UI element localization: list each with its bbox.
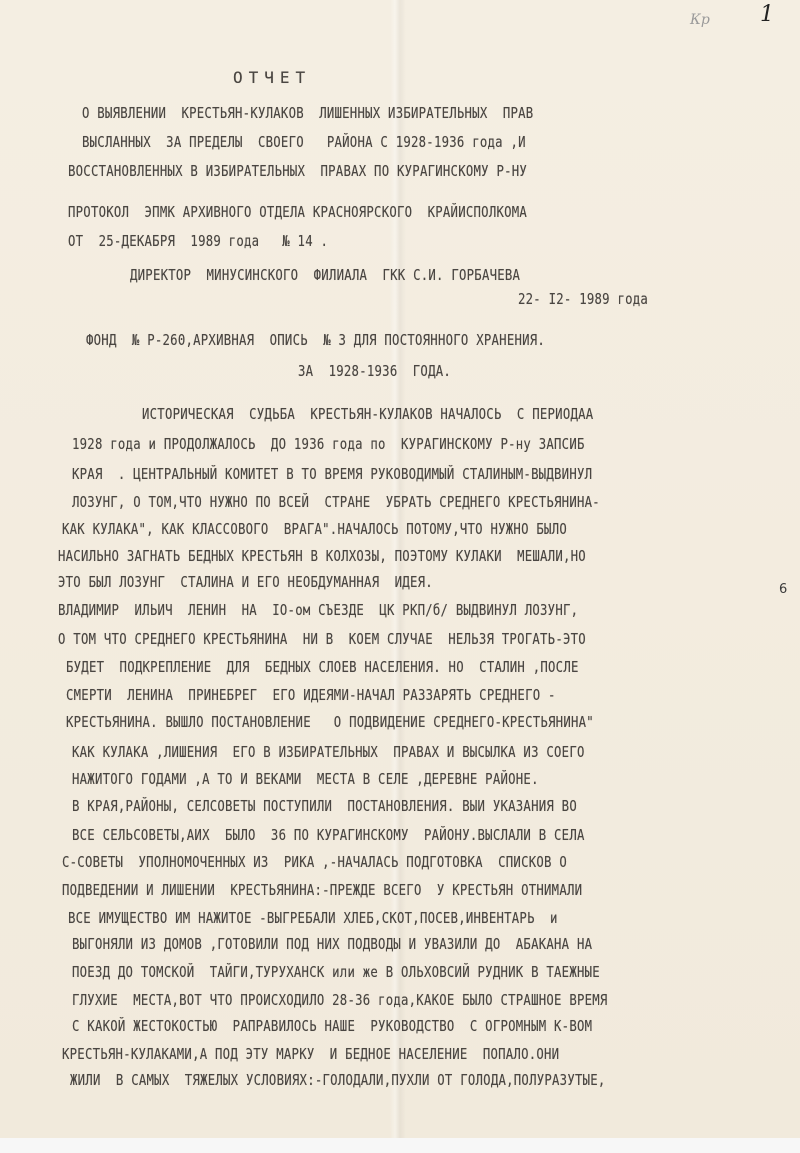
margin-mark: 6 <box>779 582 787 597</box>
body-line: В КРАЯ,РАЙОНЫ, СЕЛСОВЕТЫ ПОСТУПИЛИ ПОСТА… <box>72 797 577 815</box>
director-date: 22- I2- 1989 года <box>518 290 648 308</box>
body-line: О ТОМ ЧТО СРЕДНЕГО КРЕСТЬЯНИНА НИ В КОЕМ… <box>58 630 586 648</box>
body-line: ГЛУХИЕ МЕСТА,ВОТ ЧТО ПРОИСХОДИЛО 28-36 г… <box>72 991 608 1009</box>
body-line: 1928 года и ПРОДОЛЖАЛОСЬ ДО 1936 года по… <box>72 435 585 453</box>
document-title: ОТЧЕТ <box>233 68 311 87</box>
body-line: КАК КУЛАКА", КАК КЛАССОВОГО ВРАГА".НАЧАЛ… <box>62 520 567 538</box>
body-line: КРАЯ . ЦЕНТРАЛЬНЫЙ КОМИТЕТ В ТО ВРЕМЯ РУ… <box>72 465 592 483</box>
body-line: СМЕРТИ ЛЕНИНА ПРИНЕБРЕГ ЕГО ИДЕЯМИ-НАЧАЛ… <box>66 686 556 704</box>
body-line: НАЖИТОГО ГОДАМИ ,А ТО И ВЕКАМИ МЕСТА В С… <box>72 770 539 788</box>
body-line: БУДЕТ ПОДКРЕПЛЕНИЕ ДЛЯ БЕДНЫХ СЛОЕВ НАСЕ… <box>66 658 579 676</box>
subtitle-line: ВОССТАНОВЛЕННЫХ В ИЗБИРАТЕЛЬНЫХ ПРАВАХ П… <box>68 162 527 180</box>
period-line: ЗА 1928-1936 ГОДА. <box>298 362 451 380</box>
subtitle-line: ВЫСЛАННЫХ ЗА ПРЕДЕЛЫ СВОЕГО РАЙОНА С 192… <box>82 133 526 151</box>
body-line: ЛОЗУНГ, О ТОМ,ЧТО НУЖНО ПО ВСЕЙ СТРАНЕ У… <box>72 493 600 511</box>
page-number: 1 <box>760 2 774 27</box>
body-line: ВСЕ ИМУЩЕСТВО ИМ НАЖИТОЕ -ВЫГРЕБАЛИ ХЛЕБ… <box>68 909 558 927</box>
body-line: ВЛАДИМИР ИЛЬИЧ ЛЕНИН НА IO-ом СЪЕЗДЕ ЦК … <box>58 601 578 619</box>
body-line: КРЕСТЬЯНИНА. ВЫШЛО ПОСТАНОВЛЕНИЕ О ПОДВИ… <box>66 713 594 731</box>
document-page: Кр 1 ОТЧЕТ О ВЫЯВЛЕНИИ КРЕСТЬЯН-КУЛАКОВ … <box>0 0 800 1138</box>
body-line: КРЕСТЬЯН-КУЛАКАМИ,А ПОД ЭТУ МАРКУ И БЕДН… <box>62 1045 559 1063</box>
scan-border <box>0 1138 800 1153</box>
body-line: ЭТО БЫЛ ЛОЗУНГ СТАЛИНА И ЕГО НЕОБДУМАННА… <box>58 573 433 591</box>
body-line: НАСИЛЬНО ЗАГНАТЬ БЕДНЫХ КРЕСТЬЯН В КОЛХО… <box>58 547 586 565</box>
body-line: С-СОВЕТЫ УПОЛНОМОЧЕННЫХ ИЗ РИКА ,-НАЧАЛА… <box>62 853 567 871</box>
protocol-line: ОТ 25-ДЕКАБРЯ 1989 года № 14 . <box>68 232 328 250</box>
body-line: ИСТОРИЧЕСКАЯ СУДЬБА КРЕСТЬЯН-КУЛАКОВ НАЧ… <box>142 405 593 423</box>
subtitle-line: О ВЫЯВЛЕНИИ КРЕСТЬЯН-КУЛАКОВ ЛИШЕННЫХ ИЗ… <box>82 104 533 122</box>
protocol-line: ПРОТОКОЛ ЭПМК АРХИВНОГО ОТДЕЛА КРАСНОЯРС… <box>68 203 527 221</box>
body-line: С КАКОЙ ЖЕСТОКОСТЬЮ РАПРАВИЛОСЬ НАШЕ РУК… <box>72 1017 592 1035</box>
body-line: ПОЕЗД ДО ТОМСКОЙ ТАЙГИ,ТУРУХАНСК или же … <box>72 963 600 981</box>
handwritten-mark: Кр <box>690 12 710 28</box>
director-line: ДИРЕКТОР МИНУСИНСКОГО ФИЛИАЛА ГКК С.И. Г… <box>130 266 520 284</box>
fond-line: ФОНД № Р-260,АРХИВНАЯ ОПИСЬ № 3 ДЛЯ ПОСТ… <box>86 331 545 349</box>
body-line: ЖИЛИ В САМЫХ ТЯЖЕЛЫХ УСЛОВИЯХ:-ГОЛОДАЛИ,… <box>70 1071 606 1089</box>
body-line: ВСЕ СЕЛЬСОВЕТЫ,АИХ БЫЛО 36 ПО КУРАГИНСКО… <box>72 826 585 844</box>
body-line: ПОДВЕДЕНИИ И ЛИШЕНИИ КРЕСТЬЯНИНА:-ПРЕЖДЕ… <box>62 881 582 899</box>
body-line: ВЫГОНЯЛИ ИЗ ДОМОВ ,ГОТОВИЛИ ПОД НИХ ПОДВ… <box>72 935 592 953</box>
body-line: КАК КУЛАКА ,ЛИШЕНИЯ ЕГО В ИЗБИРАТЕЛЬНЫХ … <box>72 743 585 761</box>
